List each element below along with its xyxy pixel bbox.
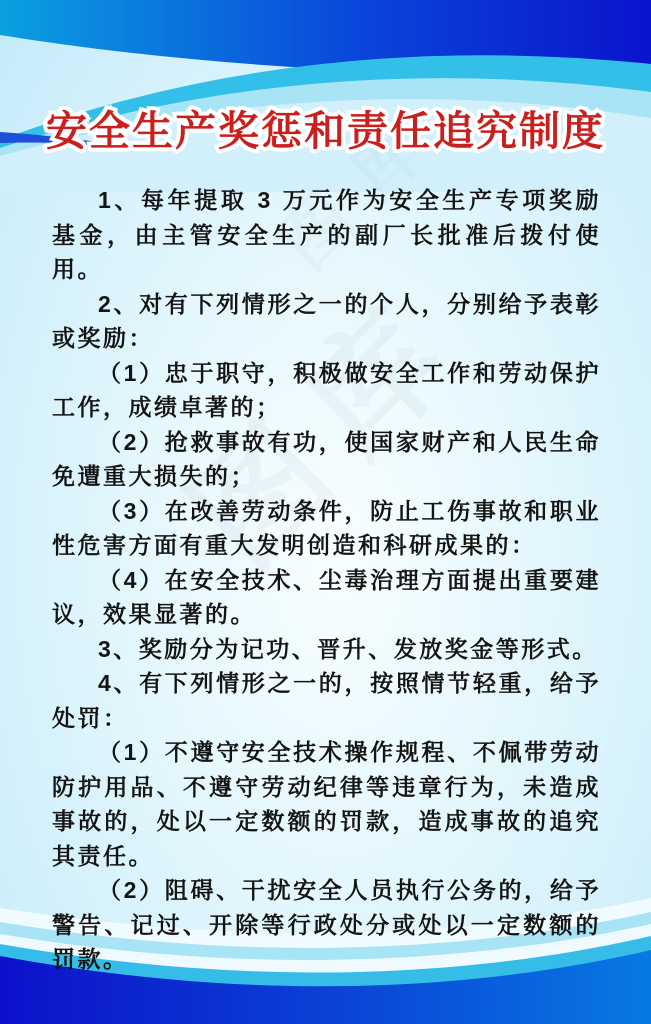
safety-policy-poster: 图库 图库 安全生产奖惩和责任追究制度 1、每年提取 3 万元作为安全生产专项奖… (0, 0, 651, 1024)
top-swoosh-decoration (0, 0, 651, 192)
paragraph: 3、奖励分为记功、晋升、发放奖金等形式。 (52, 632, 601, 667)
paragraph: 2、对有下列情形之一的个人，分别给予表彰或奖励： (52, 287, 601, 356)
paragraph: （2）抢救事故有功，使国家财产和人民生命免遭重大损失的； (52, 425, 601, 494)
paragraph: （2）阻碍、干扰安全人员执行公务的，给予警告、记过、开除等行政处分或处以一定数额… (52, 873, 601, 977)
paragraph: （3）在改善劳动条件，防止工伤事故和职业性危害方面有重大发明创造和科研成果的： (52, 494, 601, 563)
paragraph: （4）在安全技术、尘毒治理方面提出重要建议，效果显著的。 (52, 563, 601, 632)
paragraph: （1）不遵守安全技术操作规程、不佩带劳动防护用品、不遵守劳动纪律等违章行为，未造… (52, 735, 601, 873)
paragraph: 4、有下列情形之一的，按照情节轻重，给予处罚： (52, 666, 601, 735)
paragraph: 1、每年提取 3 万元作为安全生产专项奖励基金，由主管安全生产的副厂长批准后拨付… (52, 183, 601, 287)
body-text: 1、每年提取 3 万元作为安全生产专项奖励基金，由主管安全生产的副厂长批准后拨付… (52, 183, 601, 977)
page-title: 安全生产奖惩和责任追究制度 (0, 98, 651, 157)
paragraph: （1）忠于职守，积极做安全工作和劳动保护工作，成绩卓著的； (52, 356, 601, 425)
